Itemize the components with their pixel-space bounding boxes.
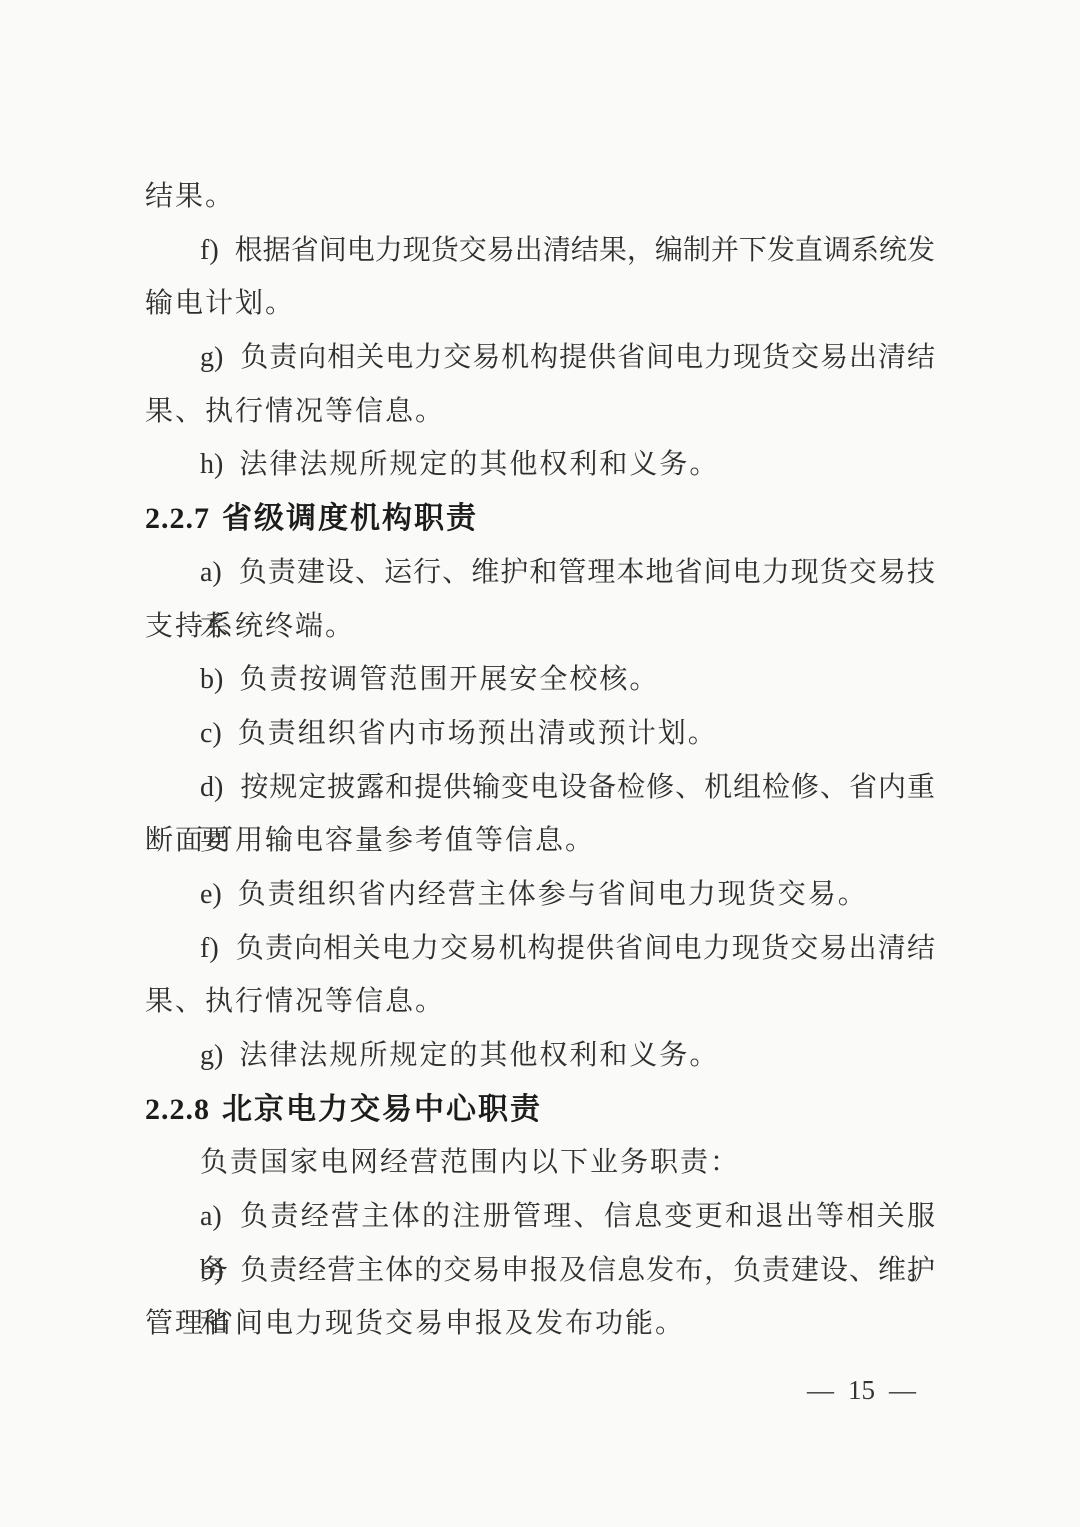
item-text: 法律法规所规定的其他权利和义务。	[239, 1040, 719, 1071]
list-item-a2: a)负责经营主体的注册管理、信息变更和退出等相关服务。	[145, 1190, 935, 1244]
list-item-g: g)负责向相关电力交易机构提供省间电力现货交易出清结	[145, 331, 935, 385]
body-line: 果、执行情况等信息。	[145, 385, 935, 439]
page-footer: —15—	[807, 1372, 916, 1408]
item-text: 负责组织省内经营主体参与省间电力现货交易。	[238, 879, 868, 910]
list-item-b2: b)负责经营主体的交易申报及信息发布，负责建设、维护和	[145, 1244, 935, 1298]
body-line: 输电计划。	[145, 277, 935, 331]
item-label: a)	[200, 1201, 222, 1232]
item-label: f)	[200, 235, 219, 266]
paragraph-indent: 负责国家电网经营范围内以下业务职责：	[145, 1136, 935, 1190]
section-number: 2.2.8	[145, 1093, 210, 1126]
list-item-f2: f)负责向相关电力交易机构提供省间电力现货交易出清结	[145, 922, 935, 976]
item-label: e)	[200, 879, 222, 910]
section-heading-2-2-8: 2.2.8北京电力交易中心职责	[145, 1083, 935, 1137]
item-label: b)	[200, 1255, 223, 1286]
item-label: c)	[200, 718, 222, 749]
item-label: b)	[200, 664, 223, 695]
list-item-d: d)按规定披露和提供输变电设备检修、机组检修、省内重要	[145, 761, 935, 815]
body-line: 管理省间电力现货交易申报及发布功能。	[145, 1297, 935, 1351]
list-item-e: e)负责组织省内经营主体参与省间电力现货交易。	[145, 868, 935, 922]
page-number: 15	[848, 1375, 875, 1405]
footer-left-dash: —	[807, 1375, 834, 1405]
footer-right-dash: —	[889, 1375, 916, 1405]
item-label: h)	[200, 449, 223, 480]
item-text: 法律法规所规定的其他权利和义务。	[239, 449, 719, 480]
item-label: g)	[200, 1040, 223, 1071]
document-page: 结果。 f)根据省间电力现货交易出清结果，编制并下发直调系统发 输电计划。 g)…	[0, 0, 1080, 1527]
list-item-f: f)根据省间电力现货交易出清结果，编制并下发直调系统发	[145, 224, 935, 278]
list-item-h: h)法律法规所规定的其他权利和义务。	[145, 438, 935, 492]
list-item-b: b)负责按调管范围开展安全校核。	[145, 653, 935, 707]
section-number: 2.2.7	[145, 502, 210, 535]
section-title: 省级调度机构职责	[222, 502, 478, 535]
item-text: 负责向相关电力交易机构提供省间电力现货交易出清结	[235, 933, 935, 964]
list-item-g2: g)法律法规所规定的其他权利和义务。	[145, 1029, 935, 1083]
item-text: 根据省间电力现货交易出清结果，编制并下发直调系统发	[235, 235, 935, 266]
item-text: 负责向相关电力交易机构提供省间电力现货交易出清结	[239, 342, 935, 373]
item-label: f)	[200, 933, 219, 964]
item-label: a)	[200, 557, 222, 588]
body-line: 支持系统终端。	[145, 600, 935, 654]
list-item-a: a)负责建设、运行、维护和管理本地省间电力现货交易技术	[145, 546, 935, 600]
item-text: 负责按调管范围开展安全校核。	[239, 664, 659, 695]
body-line: 结果。	[145, 170, 935, 224]
item-label: d)	[200, 772, 223, 803]
section-heading-2-2-7: 2.2.7省级调度机构职责	[145, 492, 935, 546]
item-label: g)	[200, 342, 223, 373]
section-title: 北京电力交易中心职责	[222, 1093, 542, 1126]
document-body: 结果。 f)根据省间电力现货交易出清结果，编制并下发直调系统发 输电计划。 g)…	[145, 170, 935, 1351]
list-item-c: c)负责组织省内市场预出清或预计划。	[145, 707, 935, 761]
item-text: 负责组织省内市场预出清或预计划。	[238, 718, 718, 749]
body-line: 断面可用输电容量参考值等信息。	[145, 814, 935, 868]
body-line: 果、执行情况等信息。	[145, 975, 935, 1029]
